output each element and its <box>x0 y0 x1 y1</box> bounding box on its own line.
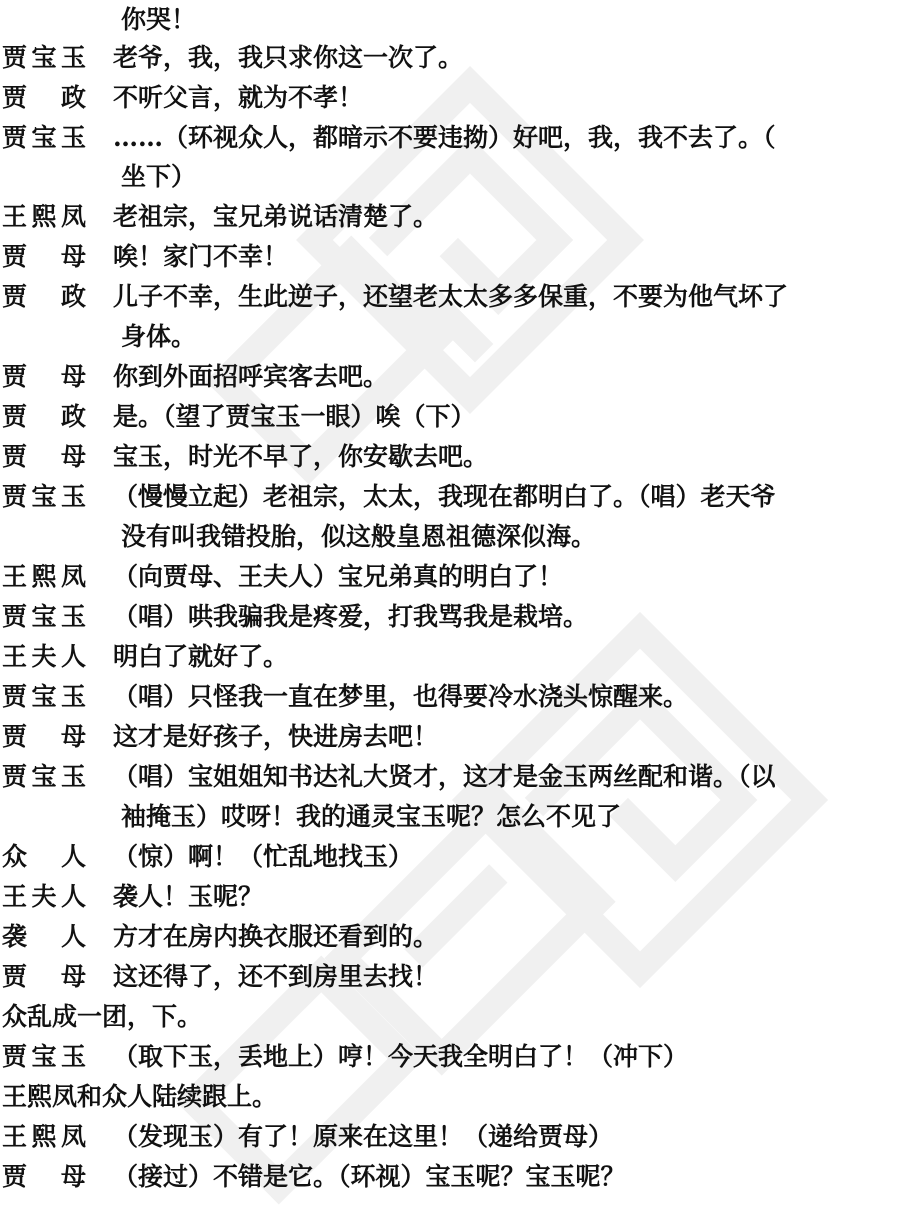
speaker-char: 宝 <box>31 1037 56 1077</box>
speaker-char: 宝 <box>31 677 56 717</box>
speaker-char: 人 <box>61 877 86 917</box>
speaker-char: 宝 <box>31 118 56 158</box>
speaker-char: 贾 <box>2 597 27 637</box>
speaker-name: 贾宝玉 <box>2 477 86 517</box>
speaker-name: 贾政 <box>2 78 86 118</box>
speaker-char: 宝 <box>31 38 56 78</box>
speaker-name: 贾宝玉 <box>2 38 86 78</box>
speaker-char: 贾 <box>2 437 27 477</box>
speaker-name: 贾母 <box>2 237 86 277</box>
speaker-name: 王熙凤 <box>2 557 86 597</box>
speaker-char: 母 <box>61 717 86 757</box>
speaker-char: 众 <box>2 837 27 877</box>
speaker-name: 王熙凤 <box>2 1117 86 1157</box>
speech-text: （唱）只怪我一直在梦里，也得要冷水浇头惊醒来。 <box>113 677 688 717</box>
speaker-name: 袭人 <box>2 917 86 957</box>
speaker-char: 玉 <box>61 757 86 797</box>
speaker-char: 贾 <box>2 677 27 717</box>
speaker-char: 母 <box>61 437 86 477</box>
speaker-char: 人 <box>61 837 86 877</box>
speech-text: 老祖宗，宝兄弟说话清楚了。 <box>113 197 438 237</box>
speech-continuation-text: 没有叫我错投胎，似这般皇恩祖德深似海。 <box>121 517 596 557</box>
speaker-char: 母 <box>61 357 86 397</box>
speaker-char: 玉 <box>61 477 86 517</box>
speech-text: 明白了就好了。 <box>113 637 288 677</box>
speech-text: 袭人！玉呢？ <box>113 877 263 917</box>
speaker-char: 人 <box>61 637 86 677</box>
speech-text: 唉！家门不幸！ <box>113 237 288 277</box>
speech-text: 你到外面招呼宾客去吧。 <box>113 357 388 397</box>
speaker-char: 宝 <box>31 477 56 517</box>
speaker-char: 凤 <box>61 1117 86 1157</box>
speaker-char: 熙 <box>31 197 56 237</box>
speech-text: （发现玉）有了！原来在这里！（递给贾母） <box>113 1117 613 1157</box>
speaker-name: 贾宝玉 <box>2 597 86 637</box>
speech-continuation-text: 袖掩玉）哎呀！我的通灵宝玉呢？怎么不见了 <box>121 797 621 837</box>
speaker-char: 王 <box>2 557 27 597</box>
speech-text: （向贾母、王夫人）宝兄弟真的明白了！ <box>113 557 563 597</box>
speech-text: （唱）宝姐姐知书达礼大贤才，这才是金玉两丝配和谐。（以 <box>113 757 776 797</box>
speech-text: 是。（望了贾宝玉一眼）唉（下） <box>113 397 476 437</box>
speech-text: （慢慢立起）老祖宗，太太，我现在都明白了。（唱）老天爷 <box>113 477 776 517</box>
speaker-name: 王夫人 <box>2 877 86 917</box>
speaker-name: 贾母 <box>2 437 86 477</box>
stage-direction-text: 王熙凤和众人陆续跟上。 <box>2 1077 277 1117</box>
speaker-char: 贾 <box>2 38 27 78</box>
speaker-char: 贾 <box>2 957 27 997</box>
speech-text: 老爷，我，我只求你这一次了。 <box>113 38 463 78</box>
speech-text: ……（环视众人，都暗示不要违拗）好吧，我，我不去了。（ <box>113 118 776 158</box>
speaker-char: 玉 <box>61 118 86 158</box>
speaker-char: 熙 <box>31 557 56 597</box>
speech-continuation-text: 坐下） <box>121 157 196 197</box>
speaker-char: 袭 <box>2 917 27 957</box>
speaker-char: 玉 <box>61 38 86 78</box>
speech-text: （接过）不错是它。（环视）宝玉呢？宝玉呢？ <box>113 1157 626 1197</box>
speaker-char: 贾 <box>2 717 27 757</box>
speaker-char: 贾 <box>2 357 27 397</box>
speech-text: 方才在房内换衣服还看到的。 <box>113 917 438 957</box>
speech-text: （唱）哄我骗我是疼爱，打我骂我是栽培。 <box>113 597 588 637</box>
stage-direction-text: 众乱成一团，下。 <box>2 997 202 1037</box>
speech-text: 儿子不幸，生此逆子，还望老太太多多保重，不要为他气坏了 <box>113 277 788 317</box>
speaker-char: 玉 <box>61 1037 86 1077</box>
speaker-char: 王 <box>2 197 27 237</box>
speech-continuation-text: 你哭！ <box>121 0 196 40</box>
speaker-char: 玉 <box>61 677 86 717</box>
speaker-char: 玉 <box>61 597 86 637</box>
speaker-char: 人 <box>61 917 86 957</box>
speaker-name: 贾政 <box>2 277 86 317</box>
speech-text: 这才是好孩子，快进房去吧！ <box>113 717 438 757</box>
speaker-char: 夫 <box>31 877 56 917</box>
speaker-name: 贾宝玉 <box>2 757 86 797</box>
speech-text: 宝玉，时光不早了，你安歇去吧。 <box>113 437 488 477</box>
speaker-name: 贾母 <box>2 1157 86 1197</box>
speaker-char: 贾 <box>2 1157 27 1197</box>
speaker-char: 政 <box>61 397 86 437</box>
speaker-char: 政 <box>61 277 86 317</box>
speaker-char: 凤 <box>61 197 86 237</box>
speaker-char: 母 <box>61 237 86 277</box>
speaker-name: 王夫人 <box>2 637 86 677</box>
speech-continuation-text: 身体。 <box>121 317 196 357</box>
speaker-char: 宝 <box>31 757 56 797</box>
speaker-char: 夫 <box>31 637 56 677</box>
speaker-char: 王 <box>2 637 27 677</box>
speech-text: （取下玉，丢地上）哼！今天我全明白了！（冲下） <box>113 1037 688 1077</box>
speaker-char: 王 <box>2 877 27 917</box>
speaker-name: 贾政 <box>2 397 86 437</box>
speaker-char: 王 <box>2 1117 27 1157</box>
speaker-char: 贾 <box>2 397 27 437</box>
speaker-char: 母 <box>61 957 86 997</box>
speaker-char: 贾 <box>2 477 27 517</box>
speaker-char: 贾 <box>2 277 27 317</box>
speaker-name: 贾宝玉 <box>2 1037 86 1077</box>
speaker-name: 王熙凤 <box>2 197 86 237</box>
speaker-char: 贾 <box>2 78 27 118</box>
speaker-char: 贾 <box>2 237 27 277</box>
speaker-char: 母 <box>61 1157 86 1197</box>
speaker-char: 贾 <box>2 757 27 797</box>
speaker-name: 贾母 <box>2 357 86 397</box>
speech-text: （惊）啊！（忙乱地找玉） <box>113 837 413 877</box>
speaker-char: 贾 <box>2 1037 27 1077</box>
speaker-name: 贾母 <box>2 717 86 757</box>
speaker-name: 贾宝玉 <box>2 118 86 158</box>
speaker-char: 熙 <box>31 1117 56 1157</box>
speaker-name: 众人 <box>2 837 86 877</box>
speech-text: 这还得了，还不到房里去找！ <box>113 957 438 997</box>
speaker-char: 凤 <box>61 557 86 597</box>
speaker-char: 政 <box>61 78 86 118</box>
speech-text: 不听父言，就为不孝！ <box>113 78 363 118</box>
speaker-name: 贾母 <box>2 957 86 997</box>
speaker-char: 宝 <box>31 597 56 637</box>
speaker-name: 贾宝玉 <box>2 677 86 717</box>
speaker-char: 贾 <box>2 118 27 158</box>
